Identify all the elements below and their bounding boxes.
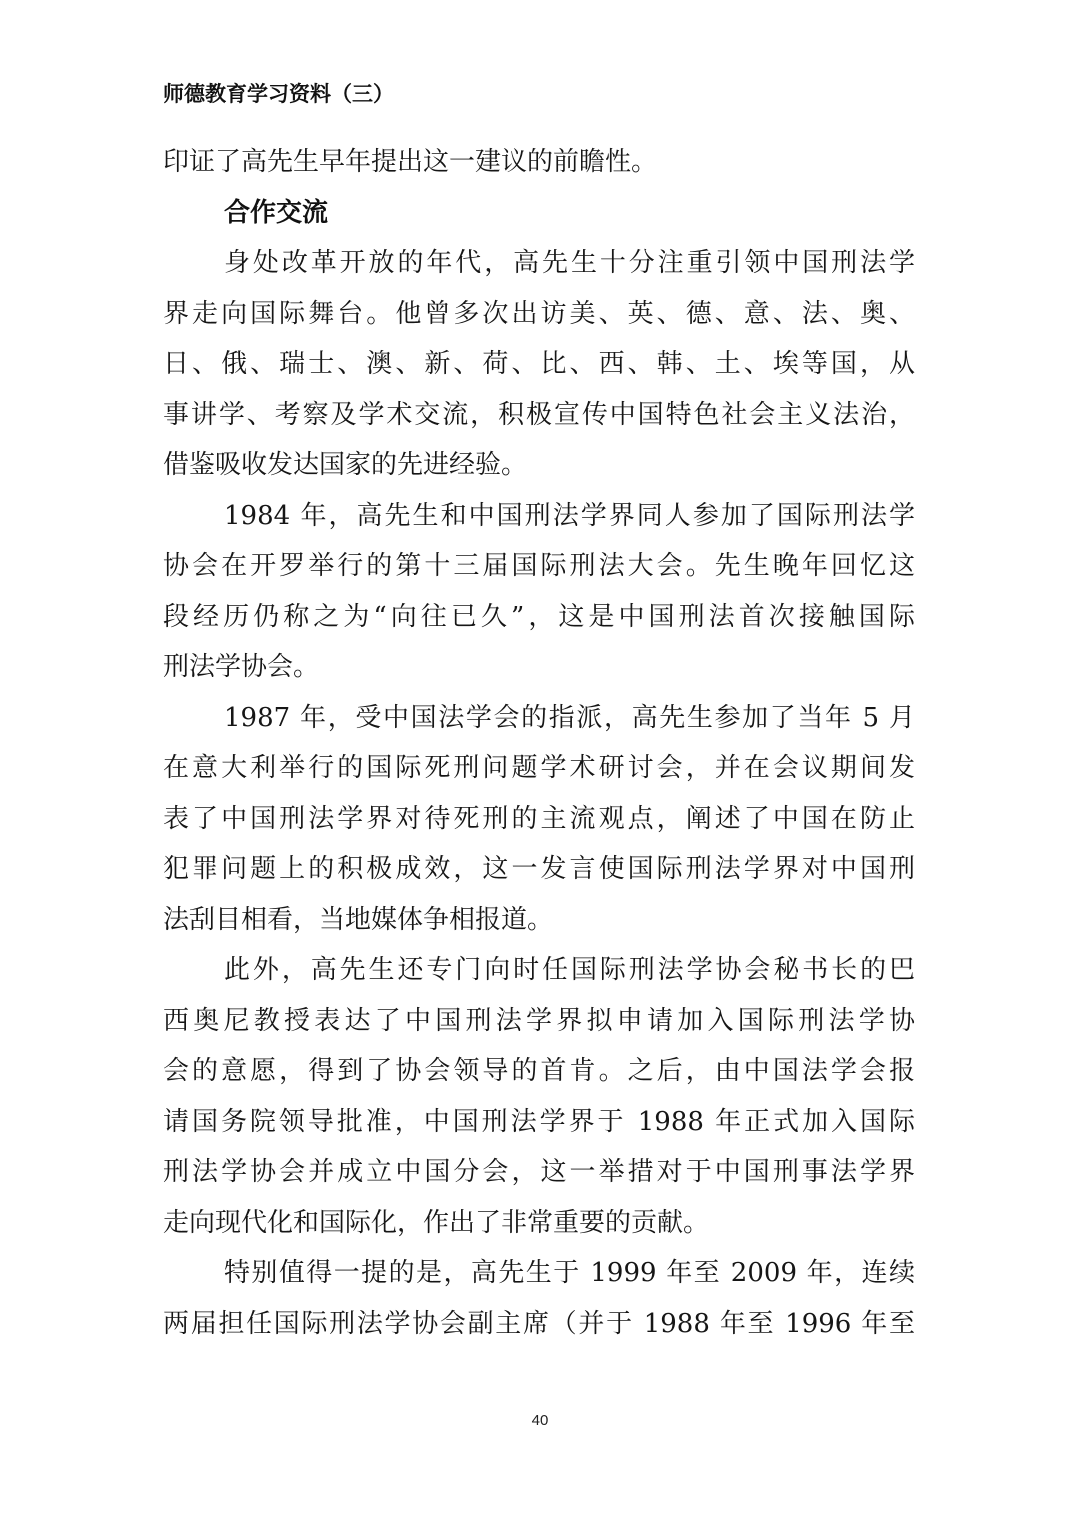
paragraph-line: 此外，高先生还专门向时任国际刑法学协会秘书长的巴 [163, 945, 915, 996]
paragraph-line: 1987 年，受中国法学会的指派，高先生参加了当年 5 月 [163, 693, 915, 744]
paragraph: 身处改革开放的年代，高先生十分注重引领中国刑法学 界走向国际舞台。他曾多次出访美… [163, 238, 915, 491]
paragraph: 此外，高先生还专门向时任国际刑法学协会秘书长的巴 西奥尼教授表达了中国刑法学界拟… [163, 945, 915, 1248]
page-body: 印证了高先生早年提出这一建议的前瞻性。 合作交流 身处改革开放的年代，高先生十分… [163, 137, 915, 1349]
carryover-line: 印证了高先生早年提出这一建议的前瞻性。 [163, 137, 915, 188]
paragraph-line: 两届担任国际刑法学协会副主席（并于 1988 年至 1996 年至 [163, 1299, 915, 1350]
running-header-title: 师德教育学习资料（三） [163, 78, 394, 108]
paragraph-line: 西奥尼教授表达了中国刑法学界拟申请加入国际刑法学协 [163, 996, 915, 1047]
paragraph-line: 特别值得一提的是，高先生于 1999 年至 2009 年，连续 [163, 1248, 915, 1299]
paragraph-line: 1984 年，高先生和中国刑法学界同人参加了国际刑法学 [163, 491, 915, 542]
paragraph-line: 在意大利举行的国际死刑问题学术研讨会，并在会议期间发 [163, 743, 915, 794]
paragraph-line: 协会在开罗举行的第十三届国际刑法大会。先生晚年回忆这 [163, 541, 915, 592]
paragraph-line: 界走向国际舞台。他曾多次出访美、英、德、意、法、奥、 [163, 289, 915, 340]
paragraph-line: 请国务院领导批准，中国刑法学界于 1988 年正式加入国际 [163, 1097, 915, 1148]
paragraph-line: 刑法学协会并成立中国分会，这一举措对于中国刑事法学界 [163, 1147, 915, 1198]
paragraph-line: 事讲学、考察及学术交流，积极宣传中国特色社会主义法治， [163, 390, 915, 441]
section-heading: 合作交流 [163, 188, 915, 239]
paragraph-line: 走向现代化和国际化，作出了非常重要的贡献。 [163, 1198, 915, 1249]
paragraph-line: 身处改革开放的年代，高先生十分注重引领中国刑法学 [163, 238, 915, 289]
paragraph-line: 犯罪问题上的积极成效，这一发言使国际刑法学界对中国刑 [163, 844, 915, 895]
paragraph-line: 会的意愿，得到了协会领导的首肯。之后，由中国法学会报 [163, 1046, 915, 1097]
paragraph: 特别值得一提的是，高先生于 1999 年至 2009 年，连续 两届担任国际刑法… [163, 1248, 915, 1349]
paragraph-line: 表了中国刑法学界对待死刑的主流观点，阐述了中国在防止 [163, 794, 915, 845]
paragraph-line: 日、俄、瑞士、澳、新、荷、比、西、韩、土、埃等国，从 [163, 339, 915, 390]
paragraph-line: 法刮目相看，当地媒体争相报道。 [163, 895, 915, 946]
paragraph: 1984 年，高先生和中国刑法学界同人参加了国际刑法学 协会在开罗举行的第十三届… [163, 491, 915, 693]
paragraph-line: 刑法学协会。 [163, 642, 915, 693]
paragraph-line: 段经历仍称之为“向往已久”，这是中国刑法首次接触国际 [163, 592, 915, 643]
paragraph-line: 借鉴吸收发达国家的先进经验。 [163, 440, 915, 491]
paragraph: 1987 年，受中国法学会的指派，高先生参加了当年 5 月 在意大利举行的国际死… [163, 693, 915, 946]
page-number: 40 [0, 1412, 1080, 1429]
